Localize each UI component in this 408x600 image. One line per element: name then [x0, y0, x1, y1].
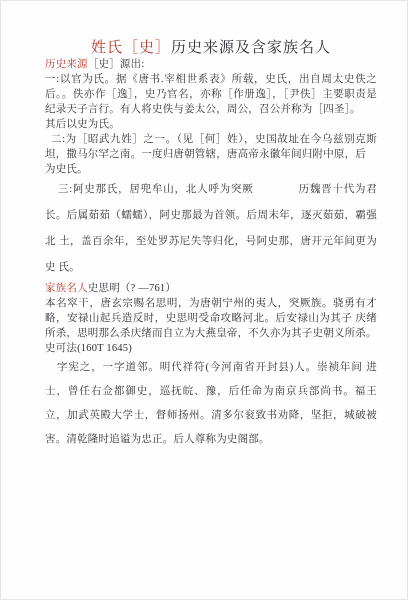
family-person2-bio: 字宪之，一字道邻。明代祥符(今河南省开封县)人。崇祯年间 进士，曾任右佥都御史，…: [45, 356, 377, 452]
history-origin-paragraph-2: 二:为［昭武九姓］之一。（见［何］姓），史国故址在今乌兹别克斯坦，撒马尔罕之南。…: [45, 132, 377, 162]
history-section-label: 历史来源: [45, 59, 88, 70]
history-section-heading: 历史来源［史］源出:: [45, 57, 377, 72]
document-page: 姓氏［史］历史来源及含家族名人 历史来源［史］源出: 一:以官为氏。据《唐书.宰…: [0, 0, 408, 600]
family-person1-bio: 本名窣干，唐玄宗赐名思明，为唐朝宁州的夷人，突厥族。骁勇有才略，安禄山起兵造反时…: [45, 296, 377, 341]
history-origin-note-2: 为史氏。: [45, 162, 377, 177]
family-person2-name: 史可法(160T 1645): [45, 341, 377, 356]
history-origin-note-1: 其后以史为氏。: [45, 117, 377, 132]
family-section-label: 家族名人: [45, 283, 88, 294]
history-origin-paragraph-3: 三:阿史那氏，居兜牟山，北人呼为突厥 历魏晋十代为君长。后属茹茹（蠕蠕），阿史那…: [45, 177, 377, 281]
family-section-heading: 家族名人史思明（? —761）: [45, 281, 377, 296]
family-person1-name: 史思明（? —761）: [88, 283, 176, 294]
page-title: 姓氏［史］历史来源及含家族名人: [45, 39, 377, 57]
title-rest: 历史来源及含家族名人: [171, 40, 331, 56]
title-surname-tag: 姓氏［史］: [91, 40, 171, 56]
history-origin-paragraph-1: 一:以官为氏。据《唐书.宰相世系表》所载，史氏，出自周太史佚之后。。佚亦作［逸］…: [45, 72, 377, 117]
history-section-intro: ［史］源出:: [88, 59, 145, 70]
